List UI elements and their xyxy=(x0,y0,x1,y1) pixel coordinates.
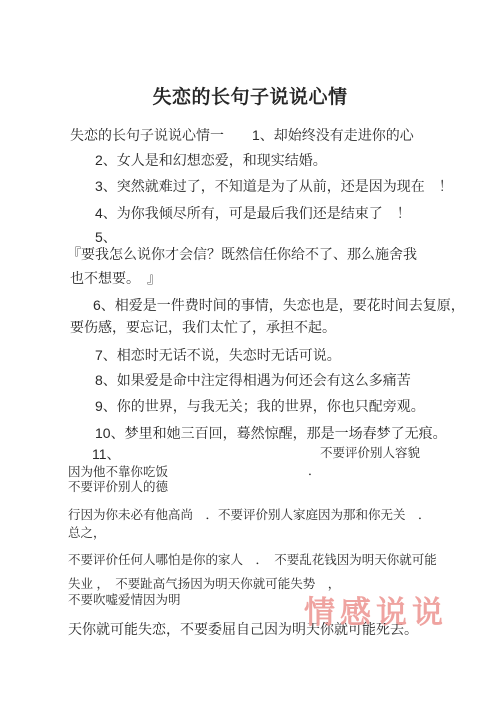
text-line: 8、如果爱是命中注定得相遇为何还会有这么多痛苦 xyxy=(95,372,411,388)
document-page: 失恋的长句子说说心情 失恋的长句子说说心情一 1、却始终没有走进你的心 2、女人… xyxy=(0,0,500,708)
text-line: 不要评价别人容貌 xyxy=(320,446,420,460)
text-line: 2、女人是和幻想恋爱，和现实结婚。 xyxy=(95,152,327,168)
text-line: 不要评价别人的德 xyxy=(68,480,168,494)
text-line: 10、梦里和她三百回，蓦然惊醒，那是一场春梦了无痕。 xyxy=(95,425,447,441)
watermark: 情感说说 xyxy=(304,587,448,632)
text-line: 『要我怎么说你才会信？既然信任你给不了、那么施舍我 xyxy=(67,246,417,262)
text-line: 也不想要。 』 xyxy=(70,270,161,286)
text-line: 要伤感，要忘记，我们太忙了，承担不起。 xyxy=(70,319,336,335)
text-line: 7、相恋时无话不说，失恋时无话可说。 xyxy=(95,347,341,363)
text-line: 5、 xyxy=(95,229,117,245)
text-line: 失恋的长句子说说心情一 1、却始终没有走进你的心 xyxy=(70,127,414,143)
text-line: 总之， xyxy=(68,526,106,540)
text-line: 11、 xyxy=(92,446,121,462)
text-line: 因为他不靠你吃饭 xyxy=(68,465,168,479)
text-line: 行因为你未必有他高尚 ．不要评价别人家庭因为那和你无关 ． xyxy=(68,508,431,522)
text-line: 失业 ， 不要趾高气扬因为明天你就可能失势 ， xyxy=(68,577,340,591)
text-line: 4、为你我倾尽所有，可是最后我们还是结束了 ！ xyxy=(95,205,411,221)
page-title: 失恋的长句子说说心情 xyxy=(0,82,500,109)
text-line: 3、突然就难过了，不知道是为了从前，还是因为现在 ！ xyxy=(95,178,453,194)
text-line: 不要评价任何人哪怕是你的家人 ． 不要乱花钱因为明天你就可能 xyxy=(68,553,437,567)
text-line: ． xyxy=(308,464,321,478)
text-line: 9、你的世界，与我无关；我的世界，你也只配旁观。 xyxy=(95,398,425,414)
text-line: 不要吹嘘爱情因为明 xyxy=(68,593,181,607)
text-line: 6、相爱是一件费时间的事情，失恋也是，要花时间去复原， xyxy=(93,297,465,313)
